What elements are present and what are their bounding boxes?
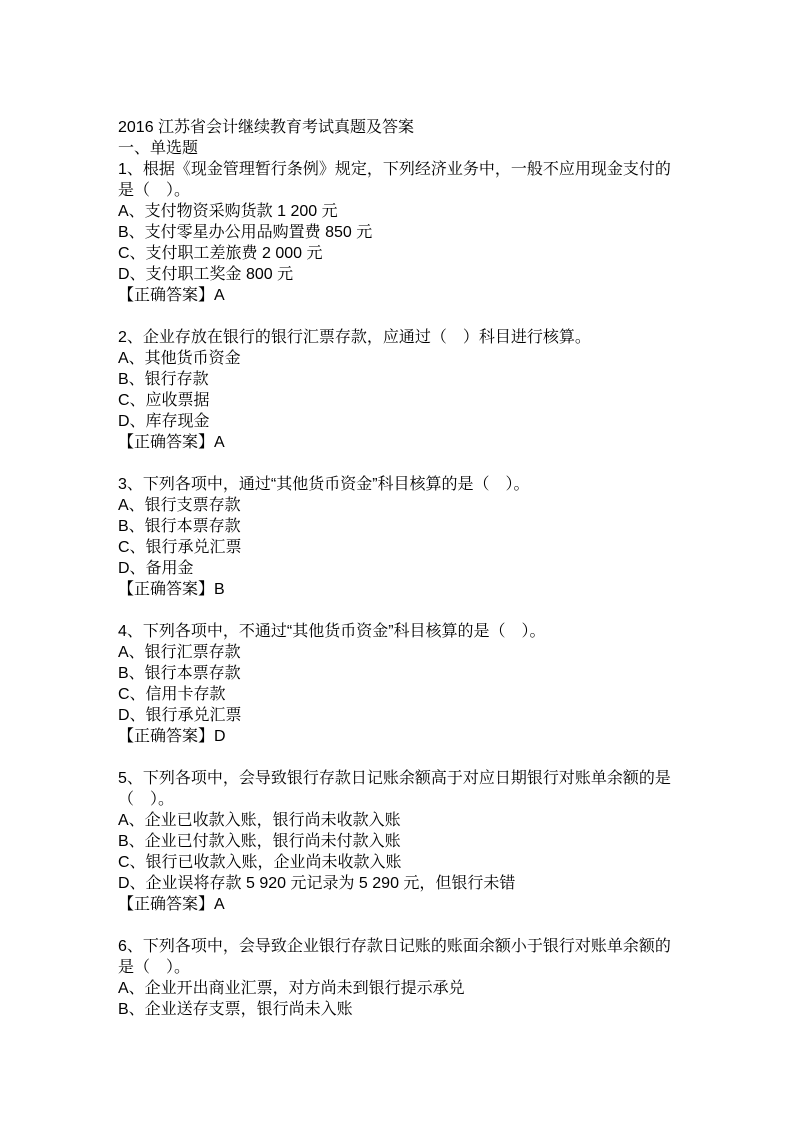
answer-value: A	[214, 896, 225, 913]
question-option: D、企业误将存款 5 920 元记录为 5 290 元，但银行未错	[118, 873, 676, 894]
question-option: C、支付职工差旅费 2 000 元	[118, 243, 676, 264]
document-page: 2016 江苏省会计继续教育考试真题及答案 一、单选题 1、根据《现金管理暂行条…	[0, 0, 794, 1123]
question-block: 2、企业存放在银行的银行汇票存款，应通过（ ）科目进行核算。 A、其他货币资金B…	[118, 327, 676, 453]
question-option: D、库存现金	[118, 411, 676, 432]
answer-line: 【正确答案】D	[118, 726, 676, 747]
question-option: A、企业开出商业汇票，对方尚未到银行提示承兑	[118, 978, 676, 999]
question-stem: 1、根据《现金管理暂行条例》规定，下列经济业务中，一般不应用现金支付的是（ ）。	[118, 159, 676, 201]
question-option: A、支付物资采购货款 1 200 元	[118, 201, 676, 222]
option-list: A、支付物资采购货款 1 200 元B、支付零星办公用品购置费 850 元C、支…	[118, 201, 676, 285]
question-option: D、支付职工奖金 800 元	[118, 264, 676, 285]
question-block: 5、下列各项中，会导致银行存款日记账余额高于对应日期银行对账单余额的是（ ）。 …	[118, 768, 676, 915]
question-option: D、银行承兑汇票	[118, 705, 676, 726]
question-option: B、支付零星办公用品购置费 850 元	[118, 222, 676, 243]
document-title: 2016 江苏省会计继续教育考试真题及答案	[118, 117, 676, 138]
answer-value: B	[214, 581, 225, 598]
question-option: D、备用金	[118, 558, 676, 579]
answer-label: 【正确答案】	[118, 728, 214, 745]
option-list: A、企业已收款入账，银行尚未收款入账B、企业已付款入账，银行尚未付款入账C、银行…	[118, 810, 676, 894]
question-option: C、银行承兑汇票	[118, 537, 676, 558]
document-content: 2016 江苏省会计继续教育考试真题及答案 一、单选题 1、根据《现金管理暂行条…	[118, 117, 676, 1041]
question-stem: 3、下列各项中，通过“其他货币资金”科目核算的是（ ）。	[118, 474, 676, 495]
answer-line: 【正确答案】A	[118, 894, 676, 915]
question-option: C、应收票据	[118, 390, 676, 411]
answer-line: 【正确答案】A	[118, 285, 676, 306]
question-option: B、企业已付款入账，银行尚未付款入账	[118, 831, 676, 852]
option-list: A、银行支票存款B、银行本票存款C、银行承兑汇票D、备用金	[118, 495, 676, 579]
option-list: A、企业开出商业汇票，对方尚未到银行提示承兑B、企业送存支票，银行尚未入账	[118, 978, 676, 1020]
question-option: A、银行支票存款	[118, 495, 676, 516]
question-block: 1、根据《现金管理暂行条例》规定，下列经济业务中，一般不应用现金支付的是（ ）。…	[118, 159, 676, 306]
answer-label: 【正确答案】	[118, 434, 214, 451]
option-list: A、银行汇票存款B、银行本票存款C、信用卡存款D、银行承兑汇票	[118, 642, 676, 726]
answer-label: 【正确答案】	[118, 287, 214, 304]
question-option: A、银行汇票存款	[118, 642, 676, 663]
question-option: B、银行本票存款	[118, 663, 676, 684]
answer-value: D	[214, 728, 226, 745]
question-option: C、银行已收款入账，企业尚未收款入账	[118, 852, 676, 873]
question-option: C、信用卡存款	[118, 684, 676, 705]
answer-line: 【正确答案】A	[118, 432, 676, 453]
question-stem: 6、下列各项中，会导致企业银行存款日记账的账面余额小于银行对账单余额的是（ ）。	[118, 936, 676, 978]
answer-label: 【正确答案】	[118, 581, 214, 598]
question-stem: 5、下列各项中，会导致银行存款日记账余额高于对应日期银行对账单余额的是（ ）。	[118, 768, 676, 810]
answer-value: A	[214, 287, 225, 304]
question-option: B、银行存款	[118, 369, 676, 390]
answer-label: 【正确答案】	[118, 896, 214, 913]
question-block: 3、下列各项中，通过“其他货币资金”科目核算的是（ ）。 A、银行支票存款B、银…	[118, 474, 676, 600]
question-stem: 2、企业存放在银行的银行汇票存款，应通过（ ）科目进行核算。	[118, 327, 676, 348]
answer-line: 【正确答案】B	[118, 579, 676, 600]
answer-value: A	[214, 434, 225, 451]
question-list: 1、根据《现金管理暂行条例》规定，下列经济业务中，一般不应用现金支付的是（ ）。…	[118, 159, 676, 1020]
question-option: A、其他货币资金	[118, 348, 676, 369]
question-stem: 4、下列各项中，不通过“其他货币资金”科目核算的是（ ）。	[118, 621, 676, 642]
question-option: A、企业已收款入账，银行尚未收款入账	[118, 810, 676, 831]
question-option: B、银行本票存款	[118, 516, 676, 537]
option-list: A、其他货币资金B、银行存款C、应收票据D、库存现金	[118, 348, 676, 432]
question-block: 4、下列各项中，不通过“其他货币资金”科目核算的是（ ）。 A、银行汇票存款B、…	[118, 621, 676, 747]
question-block: 6、下列各项中，会导致企业银行存款日记账的账面余额小于银行对账单余额的是（ ）。…	[118, 936, 676, 1020]
section-heading: 一、单选题	[118, 138, 676, 159]
question-option: B、企业送存支票，银行尚未入账	[118, 999, 676, 1020]
